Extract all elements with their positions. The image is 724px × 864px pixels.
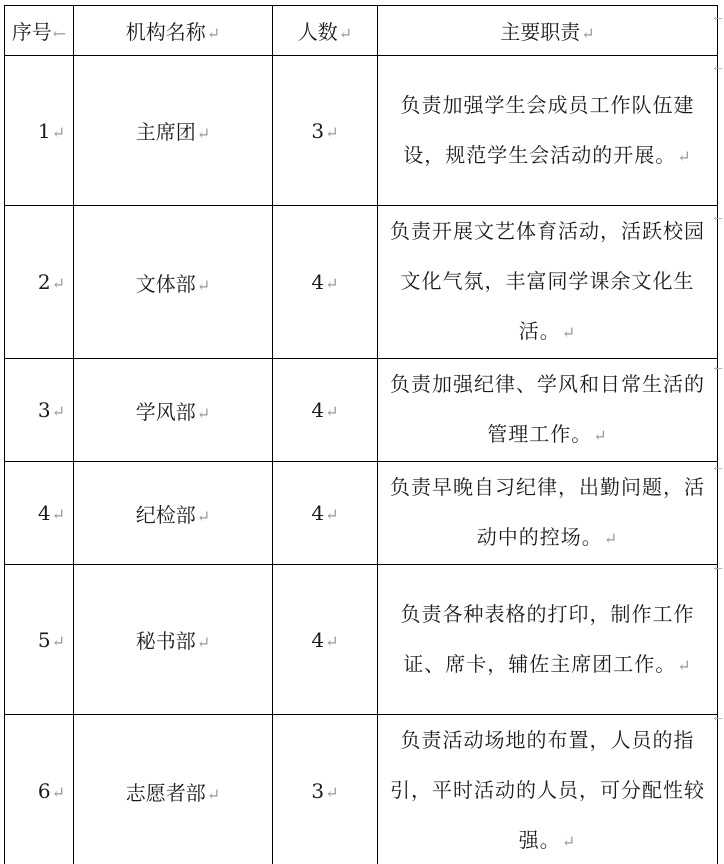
paragraph-mark-icon: ↵ xyxy=(197,276,210,295)
count-value: 4 xyxy=(311,628,324,652)
index-value: 3 xyxy=(38,398,51,422)
header-name-label: 机构名称 xyxy=(126,20,206,44)
index-value: 1 xyxy=(38,119,51,143)
paragraph-mark-icon: ↵ xyxy=(325,783,338,802)
paragraph-mark-icon: ↵ xyxy=(325,402,338,421)
table-row: 6↵ 志愿者部↵ 3↵ 负责活动场地的布置，人员的指引，平时活动的人员，可分配性… xyxy=(5,715,718,864)
paragraph-mark-icon: ↵ xyxy=(325,123,338,142)
table-row: 5↵ 秘书部↵ 4↵ 负责各种表格的打印，制作工作证、席卡，辅佐主席团工作。↵ xyxy=(5,565,718,715)
duty-value: 负责加强学生会成员工作队伍建设，规范学生会活动的开展。 xyxy=(401,93,695,167)
header-index-label: 序号 xyxy=(12,20,52,44)
name-value: 文体部 xyxy=(136,272,196,296)
row-end-mark-icon: ← xyxy=(714,62,723,75)
paragraph-mark-icon: ↵ xyxy=(677,656,691,675)
table-row: 3↵ 学风部↵ 4↵ 负责加强纪律、学风和日常生活的管理工作。↵ xyxy=(5,359,718,462)
paragraph-mark-icon: ↵ xyxy=(562,323,576,342)
row-end-mark-icon: ← xyxy=(714,712,723,725)
header-index: 序号← xyxy=(5,6,74,56)
cell-count: 4↵ xyxy=(273,565,378,715)
paragraph-mark-icon: ↵ xyxy=(325,505,338,524)
header-name: 机构名称↵ xyxy=(74,6,273,56)
cell-duty: 负责加强纪律、学风和日常生活的管理工作。↵ xyxy=(378,359,718,462)
cell-index: 6↵ xyxy=(5,715,74,864)
cell-index: 4↵ xyxy=(5,462,74,565)
cell-duty: 负责早晚自习纪律，出勤问题，活动中的控场。↵ xyxy=(378,462,718,565)
cell-count: 4↵ xyxy=(273,359,378,462)
cell-count: 4↵ xyxy=(273,206,378,359)
duty-value: 负责早晚自习纪律，出勤问题，活动中的控场。 xyxy=(390,475,705,549)
duty-value: 负责活动场地的布置，人员的指引，平时活动的人员，可分配性较强。 xyxy=(390,728,705,852)
paragraph-mark-icon: ↵ xyxy=(52,632,65,651)
paragraph-mark-icon: ↵ xyxy=(581,24,594,43)
paragraph-mark-icon: ↵ xyxy=(197,124,210,143)
table-row: 2↵ 文体部↵ 4↵ 负责开展文艺体育活动，活跃校园文化气氛，丰富同学课余文化生… xyxy=(5,206,718,359)
row-end-mark-icon: ← xyxy=(714,562,723,575)
row-end-mark-icon: ← xyxy=(714,12,723,25)
cell-name: 秘书部↵ xyxy=(74,565,273,715)
cell-index: 1↵ xyxy=(5,56,74,206)
name-value: 学风部 xyxy=(136,400,196,424)
paragraph-mark-icon: ↵ xyxy=(325,632,338,651)
row-end-mark-icon: ← xyxy=(714,362,723,375)
duty-value: 负责加强纪律、学风和日常生活的管理工作。 xyxy=(390,372,705,446)
cell-name: 主席团↵ xyxy=(74,56,273,206)
paragraph-mark-icon: ↵ xyxy=(207,24,220,43)
count-value: 4 xyxy=(311,270,324,294)
paragraph-mark-icon: ↵ xyxy=(604,529,618,548)
paragraph-mark-icon: ↵ xyxy=(325,274,338,293)
row-end-mark-icon: ← xyxy=(714,212,723,225)
paragraph-mark-icon: ↵ xyxy=(197,507,210,526)
duty-value: 负责各种表格的打印，制作工作证、席卡，辅佐主席团工作。 xyxy=(401,602,695,676)
count-value: 3 xyxy=(311,119,324,143)
paragraph-mark-icon: ↵ xyxy=(52,505,65,524)
count-value: 4 xyxy=(311,501,324,525)
paragraph-mark-icon: ↵ xyxy=(197,633,210,652)
row-end-mark-icon: ← xyxy=(714,462,723,475)
duty-value: 负责开展文艺体育活动，活跃校园文化气氛，丰富同学课余文化生活。 xyxy=(390,219,705,343)
table-header-row: 序号← 机构名称↵ 人数↵ 主要职责↵ xyxy=(5,6,718,56)
cell-count: 3↵ xyxy=(273,715,378,864)
paragraph-mark-icon: ↵ xyxy=(52,402,65,421)
index-value: 5 xyxy=(38,628,51,652)
index-value: 4 xyxy=(38,501,51,525)
paragraph-mark-icon: ↵ xyxy=(593,426,607,445)
table-row: 1↵ 主席团↵ 3↵ 负责加强学生会成员工作队伍建设，规范学生会活动的开展。↵ xyxy=(5,56,718,206)
header-duty-label: 主要职责 xyxy=(500,20,580,44)
cell-index: 2↵ xyxy=(5,206,74,359)
cell-duty: 负责开展文艺体育活动，活跃校园文化气氛，丰富同学课余文化生活。↵ xyxy=(378,206,718,359)
organization-table: 序号← 机构名称↵ 人数↵ 主要职责↵ 1↵ 主席团↵ 3↵ 负责加强学生会成员… xyxy=(4,5,718,864)
cell-count: 4↵ xyxy=(273,462,378,565)
cell-name: 学风部↵ xyxy=(74,359,273,462)
cell-duty: 负责加强学生会成员工作队伍建设，规范学生会活动的开展。↵ xyxy=(378,56,718,206)
name-value: 纪检部 xyxy=(136,503,196,527)
table-row: 4↵ 纪检部↵ 4↵ 负责早晚自习纪律，出勤问题，活动中的控场。↵ xyxy=(5,462,718,565)
paragraph-mark-icon: ↵ xyxy=(339,24,352,43)
paragraph-mark-icon: ↵ xyxy=(52,274,65,293)
paragraph-mark-icon: ↵ xyxy=(677,147,691,166)
paragraph-mark-icon: ↵ xyxy=(52,783,65,802)
paragraph-mark-icon: ↵ xyxy=(562,832,576,851)
paragraph-mark-icon: ↵ xyxy=(207,785,220,804)
index-value: 2 xyxy=(38,270,51,294)
index-value: 6 xyxy=(38,779,51,803)
cell-name: 志愿者部↵ xyxy=(74,715,273,864)
name-value: 秘书部 xyxy=(136,629,196,653)
header-count-label: 人数 xyxy=(298,20,338,44)
cell-index: 3↵ xyxy=(5,359,74,462)
paragraph-mark-icon: ↵ xyxy=(197,404,210,423)
cell-name: 纪检部↵ xyxy=(74,462,273,565)
name-value: 主席团 xyxy=(136,120,196,144)
name-value: 志愿者部 xyxy=(126,781,206,805)
count-value: 4 xyxy=(311,398,324,422)
header-duty: 主要职责↵ xyxy=(378,6,718,56)
header-count: 人数↵ xyxy=(273,6,378,56)
count-value: 3 xyxy=(311,779,324,803)
cell-index: 5↵ xyxy=(5,565,74,715)
arrow-left-icon: ← xyxy=(53,24,66,43)
cell-name: 文体部↵ xyxy=(74,206,273,359)
paragraph-mark-icon: ↵ xyxy=(52,123,65,142)
cell-duty: 负责活动场地的布置，人员的指引，平时活动的人员，可分配性较强。↵ xyxy=(378,715,718,864)
cell-duty: 负责各种表格的打印，制作工作证、席卡，辅佐主席团工作。↵ xyxy=(378,565,718,715)
cell-count: 3↵ xyxy=(273,56,378,206)
